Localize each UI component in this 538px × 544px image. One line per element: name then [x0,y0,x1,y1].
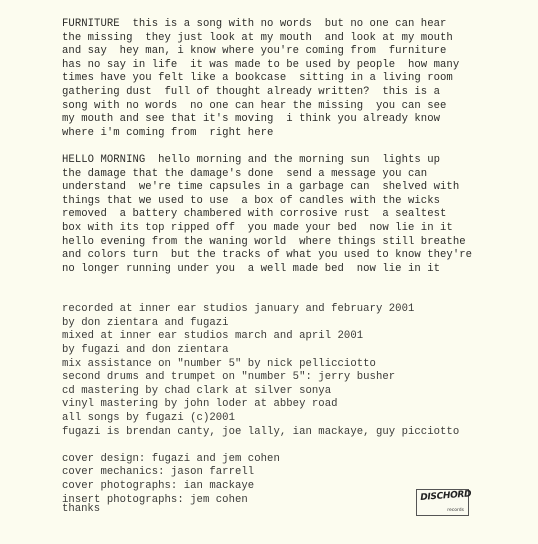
credit-line: second drums and trumpet on "number 5": … [62,371,532,385]
lyric-line: FURNITURE this is a song with no words b… [62,18,532,32]
lyric-line: my mouth and see that it's moving i thin… [62,113,532,127]
credit-line: mixed at inner ear studios march and apr… [62,330,532,344]
credit-line: cd mastering by chad clark at silver son… [62,385,532,399]
lyric-line: box with its top ripped off you made you… [62,222,532,236]
lyric-line: removed a battery chambered with corrosi… [62,208,532,222]
lyric-line: the missing they just look at my mouth a… [62,32,532,46]
credit-line: fugazi is brendan canty, joe lally, ian … [62,426,532,440]
lyric-line: song with no words no one can hear the m… [62,100,532,114]
credit-line: recorded at inner ear studios january an… [62,303,532,317]
lyric-line: and colors turn but the tracks of what y… [62,249,532,263]
recording-credits: recorded at inner ear studios january an… [62,303,532,439]
lyrics-hello-morning: HELLO MORNING hello morning and the morn… [62,154,532,276]
lyric-line: times have you felt like a bookcase sitt… [62,72,532,86]
credit-line: by don zientara and fugazi [62,317,532,331]
credit-line: cover mechanics: jason farrell [62,466,532,480]
lyric-line: where i'm coming from right here [62,127,532,141]
thanks-text: thanks [62,503,100,515]
credit-line: cover design: fugazi and jem cohen [62,453,532,467]
credit-line: vinyl mastering by john loder at abbey r… [62,398,532,412]
logo-wordmark: DISCHORD [420,489,472,503]
lyric-line: has no say in life it was made to be use… [62,59,532,73]
liner-notes: FURNITURE this is a song with no words b… [62,18,532,521]
lyric-line: things that we used to use a box of cand… [62,195,532,209]
lyric-line: HELLO MORNING hello morning and the morn… [62,154,532,168]
lyrics-furniture: FURNITURE this is a song with no words b… [62,18,532,140]
lyric-line: understand we're time capsules in a garb… [62,181,532,195]
lyric-line: gathering dust full of thought already w… [62,86,532,100]
credit-line: mix assistance on "number 5" by nick pel… [62,358,532,372]
credit-line: by fugazi and don zientara [62,344,532,358]
lyric-line: hello evening from the waning world wher… [62,236,532,250]
lyric-line: and say hey man, i know where you're com… [62,45,532,59]
lyric-line: the damage that the damage's done send a… [62,168,532,182]
lyric-line: no longer running under you a well made … [62,263,532,277]
logo-subtitle: records [447,508,464,513]
dischord-logo: DISCHORD records [416,489,469,516]
credit-line: all songs by fugazi (c)2001 [62,412,532,426]
